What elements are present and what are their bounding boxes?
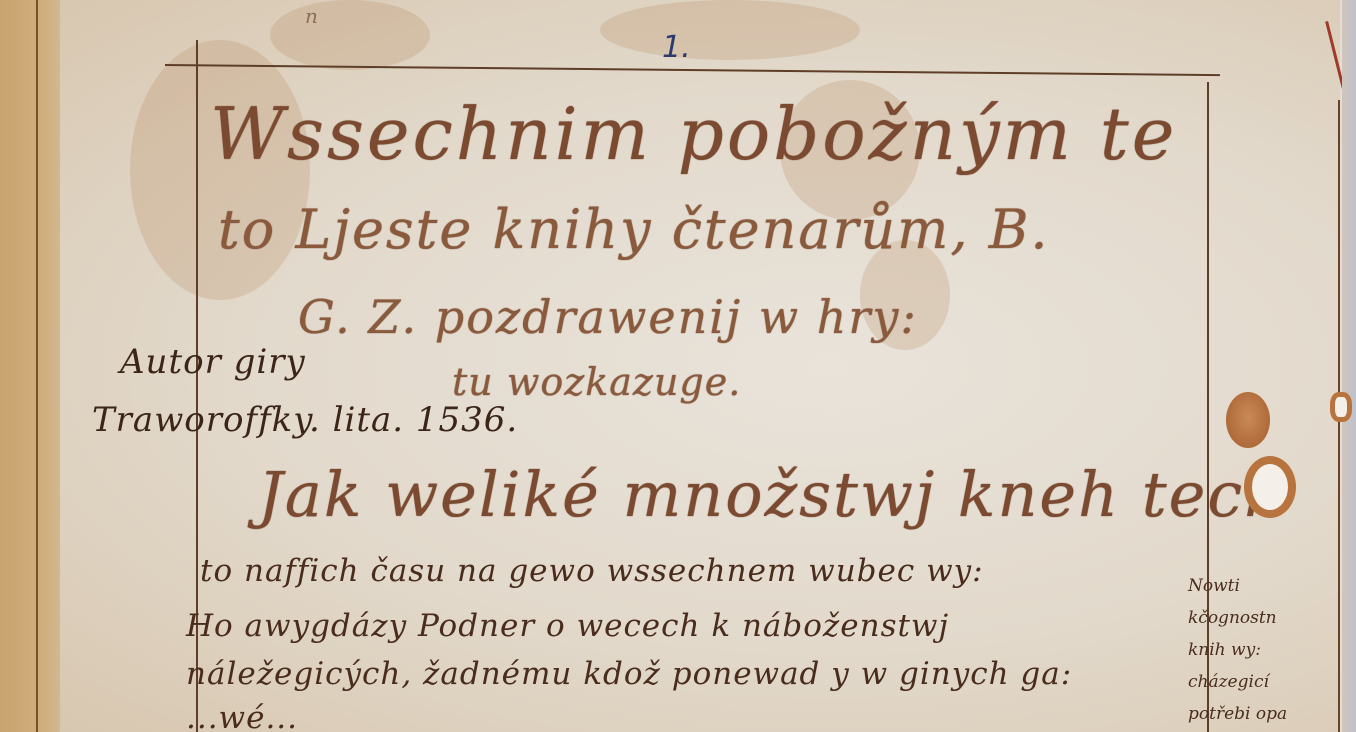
water-stain xyxy=(600,0,860,60)
folio-number: 1. xyxy=(662,30,691,65)
margin-note-line: kčognostn xyxy=(1188,602,1338,634)
margin-note-line: cházegicí xyxy=(1188,666,1338,698)
pencil-mark: n xyxy=(305,4,318,28)
body-line-2: Ho awygdázy Podner o wecech k náboženstw… xyxy=(186,608,949,644)
heading-line-4: tu wozkazuge. xyxy=(452,360,741,404)
water-stain xyxy=(270,0,430,70)
section-heading: Jak weliké množstwj kneh tech xyxy=(258,458,1286,531)
wax-hole-stain xyxy=(1244,456,1296,518)
wax-hole-stain xyxy=(1330,392,1352,422)
body-line-1: to naffich času na gewo wssechnem wubec … xyxy=(200,553,984,589)
margin-note-line: Nowti xyxy=(1188,570,1338,602)
heading-line-3: G. Z. pozdrawenij w hry: xyxy=(298,290,918,344)
heading-line-2: to Ljeste knihy čtenarům, B. xyxy=(218,198,1050,261)
body-line-4: ...wé... xyxy=(186,700,298,732)
margin-note-line: potřebi opa xyxy=(1188,698,1338,730)
body-line-3: náležegicých, žadnému kdož ponewad y w g… xyxy=(186,656,1072,692)
binding-rule xyxy=(36,0,38,732)
page-right-edge xyxy=(1342,0,1356,732)
heading-line-1: Wssechnim pobožným te xyxy=(210,92,1177,176)
margin-note-line: knih wy: xyxy=(1188,634,1338,666)
wax-stain xyxy=(1226,392,1270,448)
margin-note: Nowti kčognostn knih wy: cházegicí potře… xyxy=(1188,570,1338,730)
author-note-line-2: Traworoffky. lita. 1536. xyxy=(92,400,518,440)
author-note-line-1: Autor giry xyxy=(120,342,306,382)
